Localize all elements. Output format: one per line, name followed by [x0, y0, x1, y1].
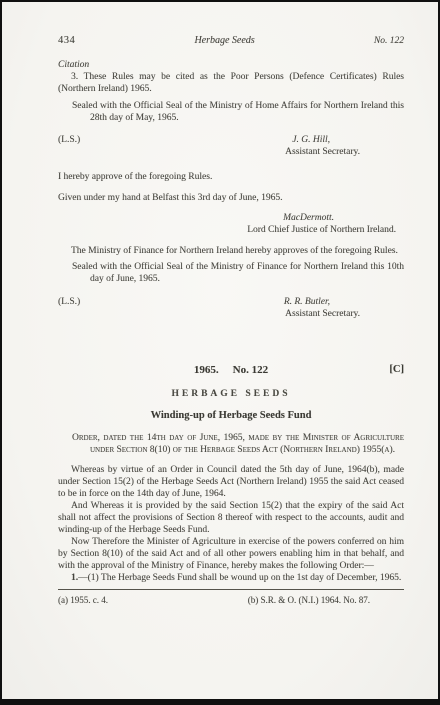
signatory-2-title: Assistant Secretary.: [284, 308, 360, 320]
signatory-1-name: J. G. Hill,: [285, 134, 360, 146]
now-therefore-paragraph: Now Therefore the Minister of Agricultur…: [58, 536, 404, 572]
subject-heading: HERBAGE SEEDS: [58, 388, 404, 400]
order-number-heading: 1965.No. 122 [C]: [58, 364, 404, 376]
finance-approval-paragraph: The Ministry of Finance for Northern Ire…: [58, 245, 404, 257]
signature-block-2: (L.S.) R. R. Butler, Assistant Secretary…: [58, 296, 404, 320]
scanned-page: 434 Herbage Seeds No. 122 Citation 3. Th…: [2, 2, 438, 699]
whereas-paragraph-2: And Whereas it is provided by the said S…: [58, 500, 404, 536]
sealed-finance-paragraph: Sealed with the Official Seal of the Min…: [90, 261, 404, 285]
approver-title: Lord Chief Justice of Northern Ireland.: [58, 224, 396, 236]
order-title: Winding-up of Herbage Seeds Fund: [58, 410, 404, 422]
given-under-hand-line: Given under my hand at Belfast this 3rd …: [58, 192, 404, 204]
citation-rule-paragraph: 3. These Rules may be cited as the Poor …: [58, 71, 404, 95]
seal-mark-2: (L.S.): [58, 296, 80, 320]
footnote-b: (b) S.R. & O. (N.I.) 1964. No. 87.: [248, 594, 370, 606]
footnote-a: (a) 1955. c. 4.: [58, 594, 108, 606]
order-preamble: Order, dated the 14th day of June, 1965,…: [90, 432, 404, 456]
approver-block: MacDermott. Lord Chief Justice of Northe…: [58, 212, 396, 236]
page-content: 434 Herbage Seeds No. 122 Citation 3. Th…: [2, 2, 438, 606]
order-year: 1965.: [194, 364, 219, 376]
whereas-paragraph-1: Whereas by virtue of an Order in Council…: [58, 464, 404, 500]
footnotes-row: (a) 1955. c. 4. (b) S.R. & O. (N.I.) 196…: [58, 594, 404, 606]
running-title: Herbage Seeds: [194, 35, 254, 47]
issue-number: No. 122: [374, 35, 404, 47]
citation-heading: Citation: [58, 59, 404, 71]
page-header: 434 Herbage Seeds No. 122: [58, 35, 404, 47]
signature-block-1: (L.S.) J. G. Hill, Assistant Secretary.: [58, 134, 404, 158]
article-1-text: —(1) The Herbage Seeds Fund shall be wou…: [78, 573, 401, 583]
signatory-2-name: R. R. Butler,: [284, 296, 360, 308]
signatory-1: J. G. Hill, Assistant Secretary.: [285, 134, 360, 158]
seal-mark-1: (L.S.): [58, 134, 80, 158]
approval-line: I hereby approve of the foregoing Rules.: [58, 171, 404, 183]
footnote-rule: [58, 589, 404, 590]
sealed-home-affairs-paragraph: Sealed with the Official Seal of the Min…: [90, 100, 404, 124]
classification-mark: [C]: [389, 364, 404, 376]
signatory-1-title: Assistant Secretary.: [285, 146, 360, 158]
order-number: No. 122: [233, 364, 268, 376]
article-1: 1.—(1) The Herbage Seeds Fund shall be w…: [58, 572, 404, 584]
signatory-2: R. R. Butler, Assistant Secretary.: [284, 296, 360, 320]
approver-name: MacDermott.: [58, 212, 396, 224]
page-number: 434: [58, 35, 75, 47]
